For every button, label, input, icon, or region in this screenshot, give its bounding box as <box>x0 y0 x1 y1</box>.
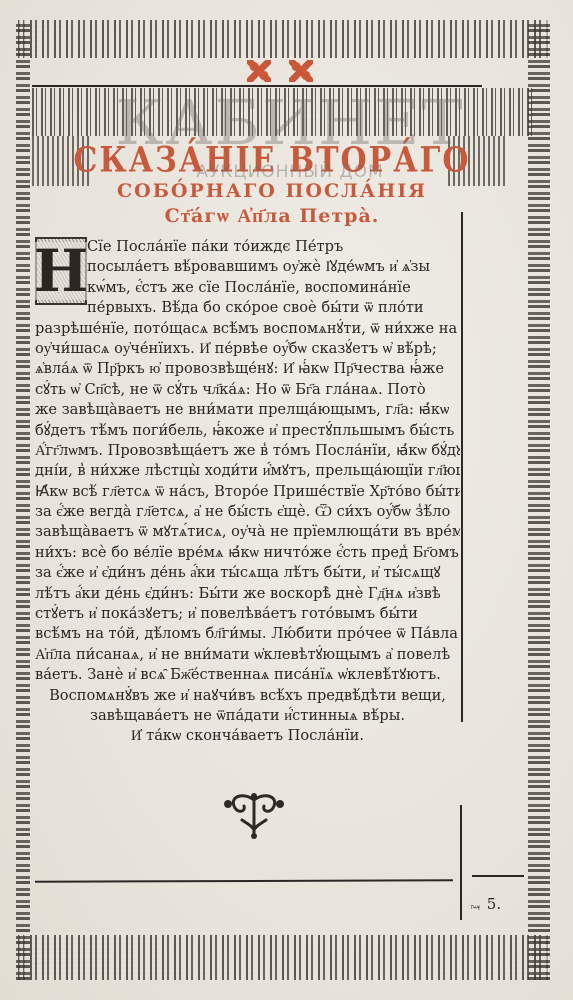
signature-number: 5. <box>487 895 501 913</box>
text-line: дні́и, в̾ ни́хже лѣстцы̀ ходи́ти и҆́мꙋтъ… <box>35 461 460 481</box>
text-line: ва́етъ. Занѐ и҆ всѧ̑ Бж҃е́ственнаѧ писа́… <box>35 665 460 685</box>
text-line: бꙋ́детъ тѣ́мъ поги́бель, ꙗ҆́коже и҆ прес… <box>35 421 460 441</box>
text-line: ѧ҆вла́ѧ ѿ Пр҃ркъ ю҆ провозвѣще́нꙋ: И҆ ꙗ҆… <box>35 359 460 379</box>
tailpiece-fleuron-icon <box>222 790 286 840</box>
text-line: ни́хъ: всѐ бо ве́лїе вре́мѧ ꙗ҆́кѡ ничто́… <box>35 543 460 563</box>
gathering-mark: ѯ҃ <box>470 905 480 909</box>
text-line: разрѣше́нїе, пото́щасѧ всѣ́мъ воспомѧнꙋ́… <box>35 319 460 339</box>
page-signature: ѯ҃ 5. <box>470 895 501 913</box>
text-line: за є҆́же и҆ є҆ди́нъ де́нь а҆́ки ты́сѧща … <box>35 563 460 583</box>
text-line: стꙋ́етъ и҆ пока́зꙋетъ; и҆ повелѣва́етъ г… <box>35 604 460 624</box>
text-line: за є҆́же вегда̀ гл҃етсѧ, а҆ не бы́сть є҆… <box>35 502 460 522</box>
border-top-ornament <box>18 20 550 58</box>
text-line: кѡ́мъ, є҆́стъ же сїе Посла́нїе, воспомин… <box>35 278 460 298</box>
text-line: сꙋ́ть ѡ҆ Сп҃сѣ, не ѿ сꙋ́ть чл҃ка́ѧ: Но ѿ… <box>35 380 460 400</box>
text-line: лѣ́тъ а҆́ки де́нь є҆ди́нъ: Бы́ти же воск… <box>35 584 460 604</box>
text-line: А҆́гг҃лѡмъ. Провозвѣща́етъ же в̾ то́мъ П… <box>35 441 460 461</box>
text-line: завѣщава́етъ не ѿпа́дати и҆́стинныѧ вѣ́р… <box>35 706 460 726</box>
watermark-main: КАБИНЕТ <box>80 92 500 154</box>
column-rule-lower <box>460 805 462 920</box>
text-line: же завѣща̀ваетъ не вни́мати прелща́ющымъ… <box>35 400 460 420</box>
border-bottom-ornament <box>18 935 550 980</box>
border-left-ornament <box>16 20 30 980</box>
text-line: оу҆чи́шасѧ оу҆че́нїихъ. И҆ пе́рвѣе оу҆́б… <box>35 339 460 359</box>
border-right-ornament <box>528 20 550 980</box>
title-line-3: Ст҃а́гѡ А҆п҃ла Петра̀. <box>32 205 512 228</box>
text-line: Сїе Посла́нїе па́ки то́иждє Пе́тръ <box>35 237 460 257</box>
title-line-2: СОБО́РНАГО ПОСЛА́НІЯ <box>32 180 512 202</box>
bottom-rule <box>35 879 453 882</box>
text-line: Воспомѧнꙋ́въ же и҆ наꙋчи́въ всѣ́хъ предв… <box>35 686 460 706</box>
fleuron-icon <box>289 60 313 82</box>
text-line: И҆ та́кѡ сконча́ваетъ Посла́нїи. <box>35 726 460 746</box>
column-rule <box>461 212 463 722</box>
text-line: пе́рвыхъ. Вѣ́да бо ско́рое своѐ бы́ти ѿ … <box>35 298 460 318</box>
text-line: всѣ́мъ на то́й, дѣ́ломъ бл҃ги́мы. Лю́бит… <box>35 624 460 644</box>
watermark-sub: АУКЦИОННЫЙ ДОМ <box>140 162 440 182</box>
body-text: Сїе Посла́нїе па́ки то́иждє Пе́тръ посыл… <box>35 237 460 747</box>
book-page: СКАЗА́НІЕ ВТОРА́ГО СОБО́РНАГО ПОСЛА́НІЯ … <box>0 0 573 1000</box>
text-line: завѣща̀ваетъ ѿ мꙋтѧ́тисѧ, оу҆ча̀ не прїе… <box>35 522 460 542</box>
fleuron-icon <box>247 60 271 82</box>
text-line: А҆п҃ла пи́санаѧ, и҆ не вни́мати ѡ҆клевѣт… <box>35 645 460 665</box>
text-line: посыла́етъ вѣ́ровавшимъ оу҆жѐ І҆ꙋде́ѡмъ … <box>35 257 460 277</box>
bottom-rule-right <box>472 875 524 877</box>
text-line: Ꙗ҆́кѡ всѣ́ гл҃етсѧ ѿ на́съ, Второ́е Приш… <box>35 482 460 502</box>
red-fleuron-ornament <box>230 60 330 82</box>
